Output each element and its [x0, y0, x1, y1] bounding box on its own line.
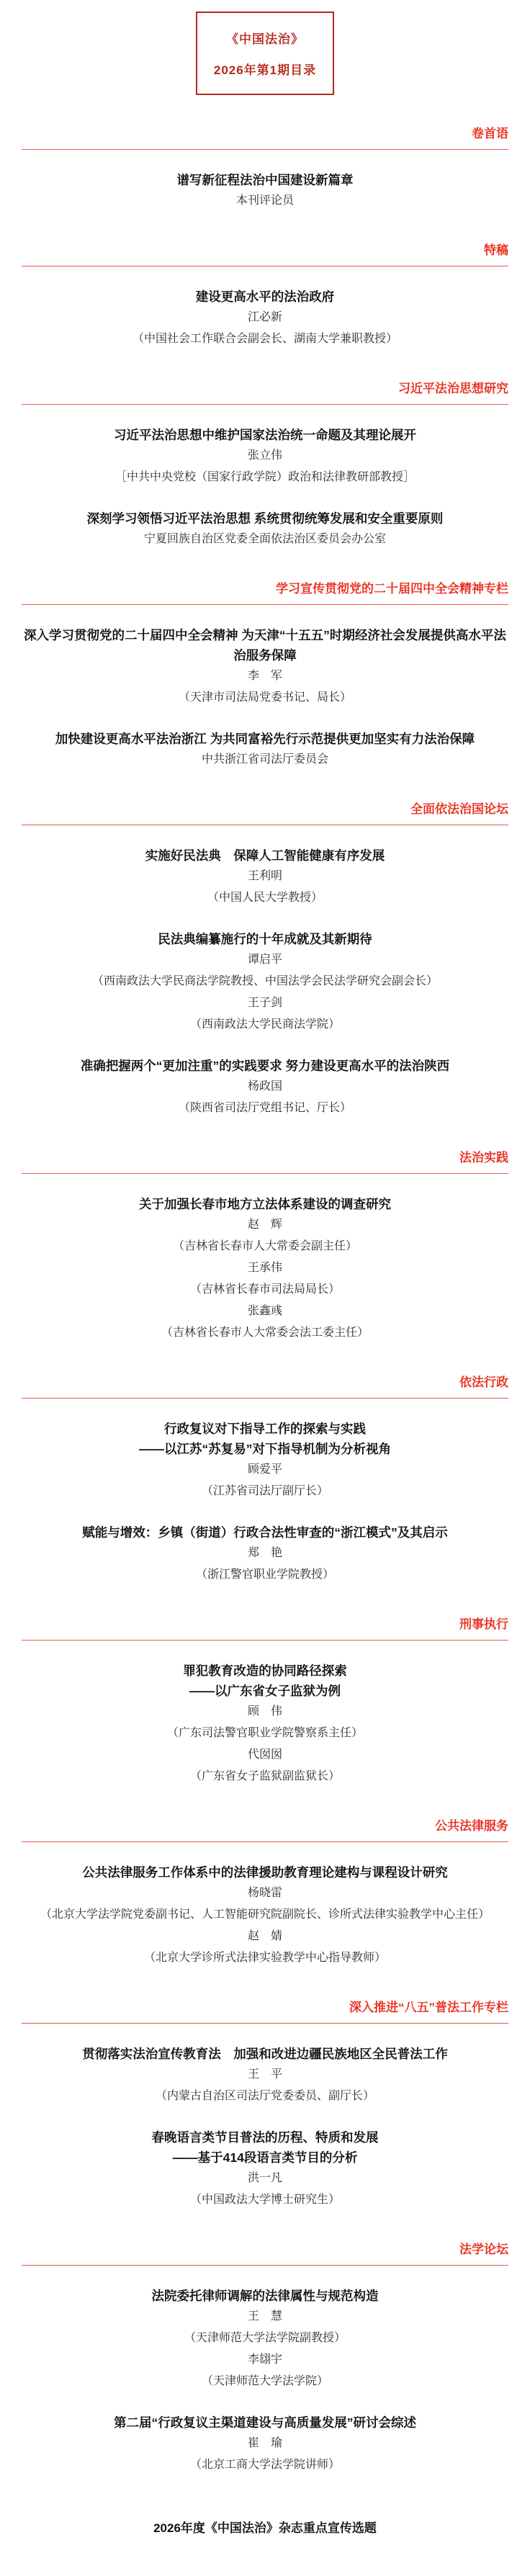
section-label: 学习宣传贯彻党的二十届四中全会精神专栏 [22, 580, 508, 598]
section-rule [22, 1640, 508, 1641]
article-byline-line: （内蒙古自治区司法厅党委委员、副厅长） [22, 2086, 508, 2107]
article: 行政复议对下指导工作的探索与实践 ——以江苏“苏复易”对下指导机制为分析视角 顾… [22, 1419, 508, 1502]
section-yifaxingzheng: 依法行政 行政复议对下指导工作的探索与实践 ——以江苏“苏复易”对下指导机制为分… [22, 1374, 508, 1586]
article-subtitle-line: ——以江苏“苏复易”对下指导机制为分析视角 [22, 1439, 508, 1459]
article-byline-line: 郑 艳 [22, 1543, 508, 1564]
section-label: 依法行政 [22, 1374, 508, 1391]
section-bawupufa: 深入推进“八五”普法工作专栏 贯彻落实法治宣传教育法 加强和改进边疆民族地区全民… [22, 1999, 508, 2211]
article-byline-line: （江苏省司法厅副厅长） [22, 1481, 508, 1502]
article-byline-line: （天津师范大学法学院副教授） [22, 2328, 508, 2349]
article: 深刻学习领悟习近平法治思想 系统贯彻统筹发展和安全重要原则 宁夏回族自治区党委全… [22, 508, 508, 550]
article-byline-line: （陕西省司法厅党组书记、厅长） [22, 1098, 508, 1119]
article-title-line: 谱写新征程法治中国建设新篇章 [22, 170, 508, 190]
article-byline-line: （西南政法大学民商法学院教授、中国法学会民法学研究会副会长） [22, 971, 508, 992]
section-label: 特稿 [22, 242, 508, 259]
section-rule [22, 604, 508, 605]
article-title-line: 准确把握两个“更加注重”的实践要求 努力建设更高水平的法治陕西 [22, 1056, 508, 1076]
section-rule [22, 2023, 508, 2024]
article-title-line: 加快建设更高水平法治浙江 为共同富裕先行示范提供更加坚实有力法治保障 [22, 729, 508, 749]
section-tegao: 特稿 建设更高水平的法治政府 江必新 （中国社会工作联合会副会长、湖南大学兼职教… [22, 242, 508, 350]
article: 深入学习贯彻党的二十届四中全会精神 为天津“十五五”时期经济社会发展提供高水平法… [22, 625, 508, 709]
section-label: 全面依法治国论坛 [22, 801, 508, 818]
journal-title: 《中国法治》 [202, 29, 328, 47]
article-byline-line: 江必新 [22, 307, 508, 328]
article: 建设更高水平的法治政府 江必新 （中国社会工作联合会副会长、湖南大学兼职教授） [22, 287, 508, 350]
section-rule [22, 266, 508, 266]
article-byline-line: 宁夏回族自治区党委全面依法治区委员会办公室 [22, 529, 508, 550]
article: 赋能与增效：乡镇（街道）行政合法性审查的“浙江模式”及其启示 郑 艳 （浙江警官… [22, 1522, 508, 1586]
section-label: 法学论坛 [22, 2241, 508, 2258]
section-label: 习近平法治思想研究 [22, 380, 508, 398]
article-title-line: 赋能与增效：乡镇（街道）行政合法性审查的“浙江模式”及其启示 [22, 1522, 508, 1543]
article-byline-line: 洪一凡 [22, 2168, 508, 2189]
article: 准确把握两个“更加注重”的实践要求 努力建设更高水平的法治陕西 杨政国 （陕西省… [22, 1056, 508, 1119]
article-byline-line: 杨晓雷 [22, 1882, 508, 1904]
article-title-line: 贯彻落实法治宣传教育法 加强和改进边疆民族地区全民普法工作 [22, 2044, 508, 2064]
section-sizhongquanhui: 学习宣传贯彻党的二十届四中全会精神专栏 深入学习贯彻党的二十届四中全会精神 为天… [22, 580, 508, 771]
article-byline-line: 本刊评论员 [22, 190, 508, 212]
section-xingshizhixing: 刑事执行 罪犯教育改造的协同路径探索 ——以广东省女子监狱为例 顾 伟 （广东司… [22, 1616, 508, 1787]
article-byline-line: 王 慧 [22, 2306, 508, 2328]
article-subtitle-line: ——基于414段语言类节目的分析 [22, 2148, 508, 2168]
section-rule [22, 1398, 508, 1399]
article: 谱写新征程法治中国建设新篇章 本刊评论员 [22, 170, 508, 212]
article-byline-line: 崔 瑜 [22, 2433, 508, 2454]
section-juanshouyu: 卷首语 谱写新征程法治中国建设新篇章 本刊评论员 [22, 125, 508, 212]
article-byline-line: （中国人民大学教授） [22, 887, 508, 909]
footer-note: 2026年度《中国法治》杂志重点宣传选题 [22, 2518, 508, 2536]
article-byline-line: （天津市司法局党委书记、局长） [22, 687, 508, 709]
section-label: 公共法律服务 [22, 1818, 508, 1835]
article-title-line: 建设更高水平的法治政府 [22, 287, 508, 307]
article-byline-line: 顾爱平 [22, 1459, 508, 1481]
article-byline-line: （浙江警官职业学院教授） [22, 1564, 508, 1586]
article-byline-line: （中国政法大学博士研究生） [22, 2189, 508, 2211]
article-byline-line: （吉林省长春市人大常委会法工委主任） [22, 1322, 508, 1344]
article-byline-line: 王子剑 [22, 992, 508, 1014]
section-xjpfzsxyj: 习近平法治思想研究 习近平法治思想中维护国家法治统一命题及其理论展开 张立伟 ［… [22, 380, 508, 550]
article-title-line: 第二届“行政复议主渠道建设与高质量发展”研讨会综述 [22, 2413, 508, 2433]
article-title-line: 关于加强长春市地方立法体系建设的调查研究 [22, 1194, 508, 1214]
article-title-line: 实施好民法典 保障人工智能健康有序发展 [22, 845, 508, 866]
article: 关于加强长春市地方立法体系建设的调查研究 赵 辉 （吉林省长春市人大常委会副主任… [22, 1194, 508, 1344]
article-subtitle-line: ——以广东省女子监狱为例 [22, 1681, 508, 1701]
section-rule [22, 1841, 508, 1842]
article-title-line: 深刻学习领悟习近平法治思想 系统贯彻统筹发展和安全重要原则 [22, 508, 508, 529]
article: 罪犯教育改造的协同路径探索 ——以广东省女子监狱为例 顾 伟 （广东司法警官职业… [22, 1661, 508, 1787]
section-label: 刑事执行 [22, 1616, 508, 1633]
article-byline-line: （西南政法大学民商法学院） [22, 1014, 508, 1036]
article-title-line: 公共法律服务工作体系中的法律援助教育理论建构与课程设计研究 [22, 1862, 508, 1882]
article: 法院委托律师调解的法律属性与规范构造 王 慧 （天津师范大学法学院副教授） 李翃… [22, 2286, 508, 2392]
article-byline-line: 谭启平 [22, 949, 508, 971]
section-rule [22, 149, 508, 150]
article-byline-line: 杨政国 [22, 1076, 508, 1098]
article-byline-line: 王 平 [22, 2064, 508, 2086]
article: 春晚语言类节目普法的历程、特质和发展 ——基于414段语言类节目的分析 洪一凡 … [22, 2127, 508, 2211]
article-title-line: 春晚语言类节目普法的历程、特质和发展 [22, 2127, 508, 2148]
article-byline-line: 张立伟 [22, 445, 508, 467]
article-byline-line: 中共浙江省司法厅委员会 [22, 749, 508, 771]
article: 贯彻落实法治宣传教育法 加强和改进边疆民族地区全民普法工作 王 平 （内蒙古自治… [22, 2044, 508, 2107]
article: 第二届“行政复议主渠道建设与高质量发展”研讨会综述 崔 瑜 （北京工商大学法学院… [22, 2413, 508, 2476]
section-label: 法治实践 [22, 1149, 508, 1167]
article-byline-line: 赵 婧 [22, 1926, 508, 1947]
article-title-line: 深入学习贯彻党的二十届四中全会精神 为天津“十五五”时期经济社会发展提供高水平法… [22, 625, 508, 665]
section-rule [22, 1173, 508, 1174]
article-byline-line: （北京大学法学院党委副书记、人工智能研究院副院长、诊所式法律实验教学中心主任） [22, 1904, 508, 1926]
article-byline-line: （广东司法警官职业学院警察系主任） [22, 1723, 508, 1744]
article: 民法典编纂施行的十年成就及其新期待 谭启平 （西南政法大学民商法学院教授、中国法… [22, 929, 508, 1036]
article-byline-line: 王承伟 [22, 1257, 508, 1279]
section-label: 卷首语 [22, 125, 508, 143]
article-byline-line: （北京大学诊所式法律实验教学中心指导教师） [22, 1947, 508, 1969]
article: 加快建设更高水平法治浙江 为共同富裕先行示范提供更加坚实有力法治保障 中共浙江省… [22, 729, 508, 771]
article: 习近平法治思想中维护国家法治统一命题及其理论展开 张立伟 ［中共中央党校（国家行… [22, 425, 508, 488]
article-byline-line: 顾 伟 [22, 1701, 508, 1723]
issue-title: 2026年第1期目录 [202, 60, 328, 78]
section-rule [22, 404, 508, 405]
section-rule [22, 2265, 508, 2266]
article-byline-line: ［中共中央党校（国家行政学院）政治和法律教研部教授］ [22, 467, 508, 488]
article: 实施好民法典 保障人工智能健康有序发展 王利明 （中国人民大学教授） [22, 845, 508, 909]
article-byline-line: （中国社会工作联合会副会长、湖南大学兼职教授） [22, 328, 508, 350]
section-label: 深入推进“八五”普法工作专栏 [22, 1999, 508, 2016]
article: 公共法律服务工作体系中的法律援助教育理论建构与课程设计研究 杨晓雷 （北京大学法… [22, 1862, 508, 1969]
article-title-line: 行政复议对下指导工作的探索与实践 [22, 1419, 508, 1439]
article-byline-line: 张鑫彧 [22, 1301, 508, 1322]
journal-title-box: 《中国法治》 2026年第1期目录 [196, 12, 334, 95]
article-byline-line: 李 军 [22, 665, 508, 687]
section-yifazhiguo: 全面依法治国论坛 实施好民法典 保障人工智能健康有序发展 王利明 （中国人民大学… [22, 801, 508, 1119]
article-title-line: 罪犯教育改造的协同路径探索 [22, 1661, 508, 1681]
article-byline-line: 王利明 [22, 866, 508, 887]
article-title-line: 法院委托律师调解的法律属性与规范构造 [22, 2286, 508, 2306]
toc-page: 《中国法治》 2026年第1期目录 卷首语 谱写新征程法治中国建设新篇章 本刊评… [0, 0, 530, 2554]
article-byline-line: （吉林省长春市司法局局长） [22, 1279, 508, 1301]
article-byline-line: （吉林省长春市人大常委会副主任） [22, 1236, 508, 1257]
article-byline-line: 李翃宇 [22, 2349, 508, 2371]
section-faxueluntan: 法学论坛 法院委托律师调解的法律属性与规范构造 王 慧 （天津师范大学法学院副教… [22, 2241, 508, 2476]
section-rule [22, 825, 508, 825]
article-byline-line: 代囡囡 [22, 1744, 508, 1766]
article-title-line: 习近平法治思想中维护国家法治统一命题及其理论展开 [22, 425, 508, 445]
article-byline-line: 赵 辉 [22, 1214, 508, 1236]
article-title-line: 民法典编纂施行的十年成就及其新期待 [22, 929, 508, 949]
section-gonggongfalvfuwu: 公共法律服务 公共法律服务工作体系中的法律援助教育理论建构与课程设计研究 杨晓雷… [22, 1818, 508, 1969]
article-byline-line: （天津师范大学法学院） [22, 2371, 508, 2392]
article-byline-line: （广东省女子监狱副监狱长） [22, 1766, 508, 1787]
section-fazhishijian: 法治实践 关于加强长春市地方立法体系建设的调查研究 赵 辉 （吉林省长春市人大常… [22, 1149, 508, 1344]
article-byline-line: （北京工商大学法学院讲师） [22, 2454, 508, 2476]
